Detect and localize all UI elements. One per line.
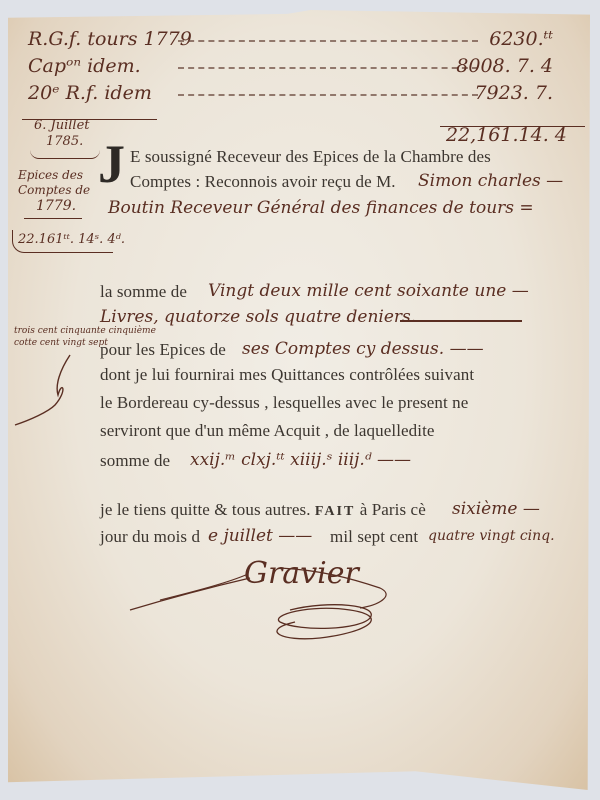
body-line: pour les Epices de: [100, 340, 226, 360]
fait-word: FAIT: [315, 504, 355, 519]
payer-title: Boutin Receveur Général des finances de …: [108, 198, 534, 218]
month-fill: e juillet ——: [208, 526, 312, 546]
margin-date-day: 6. Juillet: [34, 118, 90, 133]
margin-date-flourish: [30, 150, 100, 159]
body-line: je le tiens quitte & tous autres. FAIT à…: [100, 500, 426, 520]
paraph-mark-icon: [10, 350, 80, 430]
margin-annotation: cotte cent vingt sept: [14, 338, 108, 348]
body-line: mil sept cent: [330, 527, 418, 547]
margin-note-line: Epices des: [18, 168, 83, 182]
ledger-row: R.G.f. tours 1779 6230.ᵗᵗ: [28, 28, 573, 52]
ledger-row: 20ᵉ R.f. idem 7923. 7.: [28, 82, 573, 106]
ledger-total: 22,161.14. 4: [446, 124, 567, 146]
margin-note-line: Comptes de: [18, 183, 90, 197]
year-fill: quatre vingt cinq.: [428, 528, 555, 544]
amount-in-roman: xxij.ᵐ clxj.ᵗᵗ xiiij.ˢ iiij.ᵈ ——: [190, 450, 411, 470]
ledger-leader-dots: [178, 67, 478, 69]
drop-cap: J: [98, 137, 125, 191]
body-line: jour du mois d: [100, 527, 200, 547]
ledger-leader-dots: [178, 40, 478, 42]
margin-note-rule: [24, 218, 82, 219]
signature-flourish-icon: [120, 560, 440, 660]
body-line: E soussigné Receveur des Epices de la Ch…: [130, 147, 491, 167]
payer-name: Simon charles —: [418, 171, 563, 191]
amount-in-words: Vingt deux mille cent soixante une —: [208, 281, 529, 301]
ledger-amount: 6230.ᵗᵗ: [489, 28, 553, 50]
ledger-amount: 7923. 7.: [474, 82, 553, 104]
body-line: le Bordereau cy-dessus , lesquelles avec…: [100, 393, 468, 413]
body-line: dont je lui fournirai mes Quittances con…: [100, 365, 474, 385]
body-line: serviront que d'un même Acquit , de laqu…: [100, 421, 435, 441]
ledger-label: Capᵒⁿ idem.: [28, 55, 141, 77]
ledger-leader-dots: [178, 94, 478, 96]
margin-note-year: 1779.: [36, 198, 76, 214]
amount-in-words-cont: Livres, quatorze sols quatre deniers.: [100, 307, 416, 327]
ledger-label: 20ᵉ R.f. idem: [28, 82, 152, 104]
fill-rule: [400, 320, 522, 322]
margin-annotation: trois cent cinquante cinquième: [14, 326, 156, 336]
margin-sum-bracket: [12, 230, 113, 253]
body-line: Comptes : Reconnois avoir reçu de M.: [130, 172, 396, 192]
day-fill: sixième —: [452, 499, 540, 519]
purpose-fill: ses Comptes cy dessus. ——: [242, 339, 484, 359]
ledger-row: Capᵒⁿ idem. 8008. 7. 4: [28, 55, 573, 79]
ledger-amount: 8008. 7. 4: [456, 55, 553, 77]
ledger-label: R.G.f. tours 1779: [28, 28, 192, 50]
body-text: à Paris cè: [360, 500, 426, 519]
body-text: je le tiens quitte & tous autres.: [100, 500, 311, 519]
body-line: la somme de: [100, 282, 187, 302]
body-line: somme de: [100, 451, 170, 471]
margin-date-year: 1785.: [46, 134, 83, 149]
